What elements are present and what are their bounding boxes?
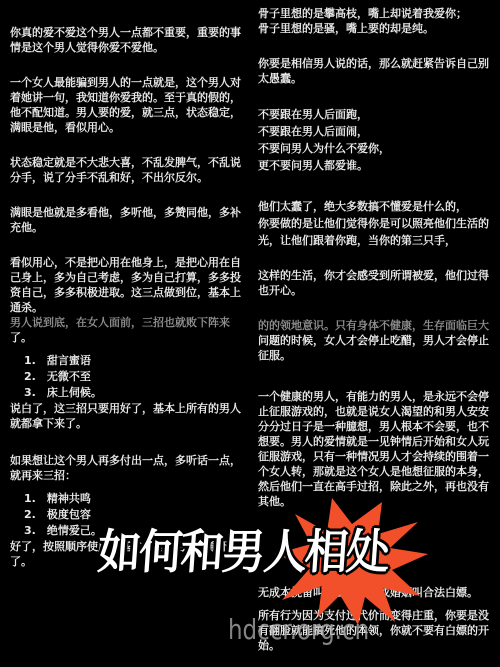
list-item: 2. 无微不至 (24, 369, 244, 385)
text-line: 他们太蠢了，绝大多数搞不懂爱是什么的， (258, 198, 494, 215)
text-line: 骨子里想的是骚，嘴上要的却是纯。 (258, 21, 494, 36)
text-line: 了。 (10, 330, 244, 345)
paragraph: 这样的生活，你才会感受到所谓被爱，他们过得也开心。 (258, 268, 494, 298)
text-line: 你要做的是让他们觉得你是可以照亮他们生活的 (258, 215, 494, 232)
numbered-list-three-tricks: 1. 甜言蜜语 2. 无微不至 3. 床上伺候。 (10, 353, 244, 401)
paragraph: 如果想让这个男人再多付出一点，多听话一点，就再来三招： (10, 453, 244, 483)
text-line: 不要跟在男人后面跑， (258, 106, 494, 123)
faded-text-line: 男人说到底，在女人面前，三招也就败下阵来 (10, 315, 244, 330)
paragraph: 说白了，这三招只要用好了，基本上所有的男人就都拿下来了。 (10, 401, 244, 431)
text-line: 骨子里想的是攀高枝，嘴上却说着我爱你； (258, 6, 494, 21)
list-item: 1. 甜言蜜语 (24, 353, 244, 369)
paragraph-faded-seam: 男人说到底，在女人面前，三招也就败下阵来 了。 (10, 315, 244, 345)
overlay-title: 如何和男人相处 (96, 526, 390, 580)
text-line: 光，让他们跟着你跑，当你的第三只手， (258, 232, 494, 249)
faded-text-line: 的的领地意识。只有身体不健康，生存面临巨大 (258, 318, 494, 333)
paragraph: 看似用心，不是把心用在他身上，是把心用在自己身上，多为自己考虑，多为自己打算，多… (10, 255, 244, 315)
watermark-text: hdccr.org.cn (228, 613, 369, 647)
paragraph: 骨子里想的是攀高枝，嘴上却说着我爱你； 骨子里想的是骚，嘴上要的却是纯。 (258, 6, 494, 36)
paragraph: 他们太蠢了，绝大多数搞不懂爱是什么的， 你要做的是让他们觉得你是可以照亮他们生活… (258, 198, 494, 249)
paragraph: 一个健康的男人，有能力的男人，是永远不会停止征服游戏的，也就是说女人渴望的和男人… (258, 389, 494, 509)
list-item: 1. 精神共鸣 (24, 491, 244, 507)
paragraph: 你真的爱不爱这个男人一点都不重要，重要的事情是这个男人觉得你爱不爱他。 (10, 25, 244, 55)
paragraph: 你要是相信男人说的话，那么就赶紧告诉自己别太愚蠢。 (258, 56, 494, 86)
paragraph: 状态稳定就是不大悲大喜，不乱发脾气，不乱说分手，说了分手不乱和好，不出尔反尔。 (10, 155, 244, 185)
list-item: 2. 极度包容 (24, 507, 244, 523)
list-item: 3. 床上伺候。 (24, 385, 244, 401)
text-line: 不要跟在男人后面闹， (258, 123, 494, 140)
poster-canvas: 你真的爱不爱这个男人一点都不重要，重要的事情是这个男人觉得你爱不爱他。 一个女人… (0, 0, 500, 667)
text-line: 更不要问男人都爱谁。 (258, 157, 494, 174)
text-line: 不要问男人为什么不爱你， (258, 140, 494, 157)
paragraph: 一个女人最能骗到男人的一点就是，这个男人对着她讲一句，我知道你爱我的。至于真的假… (10, 75, 244, 135)
paragraph-faded-seam: 的的领地意识。只有身体不健康，生存面临巨大 问题的时候，女人才会停止吃醋，男人才… (258, 318, 494, 363)
paragraph-dont-list: 不要跟在男人后面跑， 不要跟在男人后面闹， 不要问男人为什么不爱你， 更不要问男… (258, 106, 494, 174)
left-text-column: 你真的爱不爱这个男人一点都不重要，重要的事情是这个男人觉得你爱不爱他。 一个女人… (10, 25, 244, 569)
text-run: 问题的时候，女人才会停止吃醋，男人才会停止征服。 (258, 334, 489, 362)
paragraph: 满眼是他就是多看他，多听他，多赞同他，多补充他。 (10, 205, 244, 235)
